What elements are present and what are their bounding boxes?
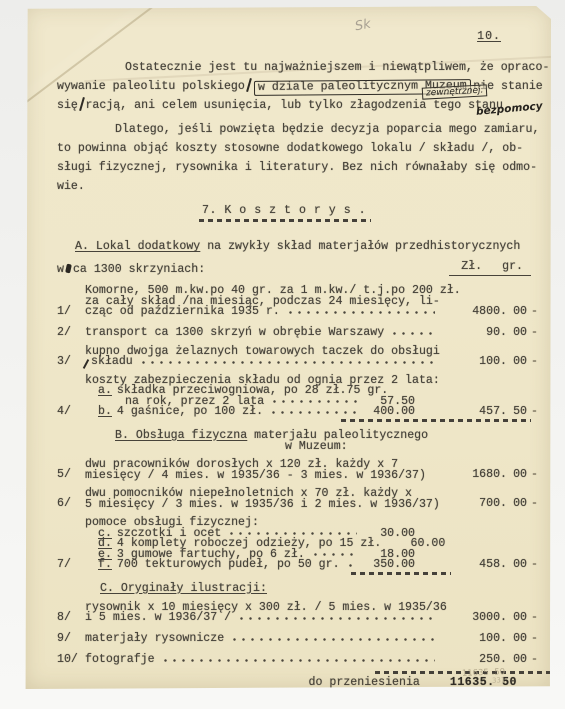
sub-item-text: 700 tekturowych pudeł, po 50 gr. [117,560,340,571]
section-a-label: A. Lokal dodatkowy [75,240,200,253]
amount-zl: 3000. [441,611,507,624]
subtitle-text: w [57,263,64,276]
dot-leader [270,397,357,406]
dot-leader [139,358,435,367]
amount-zl: 4800. [441,305,507,318]
amount-zl: 458. [441,558,507,571]
pen-tick-mark: - [531,497,538,510]
page-number: 10. [477,30,501,43]
cost-item-7: 7/ pomoce obsługi fizycznej: c.szczotki … [57,518,527,571]
column-header-gr: gr. [502,260,523,273]
amount-zl: 250. [441,653,507,666]
section-c-title: C. Oryginały ilustracji: [100,582,527,595]
paragraph-line: Dlatego, jeśli powzięta będzie decyzja p… [115,123,539,136]
dot-leader [161,656,435,665]
amount-gr: 00 [507,355,527,368]
item-text: miesięcy / 4 mies. w 1935/36 - 3 mies. w… [85,471,426,482]
sub-item-label: b. [98,407,112,418]
amount-gr: 00 [507,558,527,571]
paragraph-line: Ostatecznie jest tu najważniejszem i nie… [125,61,549,74]
item-number: 1/ [57,305,85,318]
pen-tick-mark: - [531,653,538,666]
item-number: 2/ [57,326,85,339]
item-text: transport ca 1300 skrzyń w obrębie Warsz… [85,328,384,339]
pen-tick-mark: - [531,558,538,571]
amount-zl: 700. [441,497,507,510]
pen-tick-mark: - [531,305,538,318]
dot-leader [432,471,435,480]
sub-item-amount: 400.00 [363,407,415,418]
pen-slash-icon [246,78,251,92]
dot-leader [346,561,357,570]
item-number: 4/ [57,405,85,418]
item-text: 5 miesięcy / 3 mies. w 1935/36 i 2 mies.… [85,500,440,511]
paragraph-line: racją, ani celem usunięcia, lub tylko zł… [85,99,502,112]
section-a-rest: na zwykły skład materjałów przedhistoryc… [200,240,520,253]
pencil-annotation-total: 11635 .50 331 [461,668,505,686]
cost-item-6: 6/ dwu pomocników niepełnoletnich x 70 z… [57,489,527,510]
section-b-subtitle: w Muzeum: [285,442,527,453]
amount-gr: 00 [507,497,527,510]
pen-tick-mark: - [531,468,538,481]
paragraph-intro: Ostatecznie jest tu najważniejszem i nie… [57,58,527,115]
paragraph-line: wie. [57,180,85,193]
cost-item-10: 10/ fotografje 250.00- [57,653,527,666]
section-b-label: B. Obsługa fizyczna [115,429,247,442]
item-number: 3/ [57,355,85,368]
dot-leader [269,408,357,417]
cost-item-5: 5/ dwu pracowników dorosłych x 120 zł. k… [57,460,527,481]
amount-zl: 457. [441,405,507,418]
item-number: 9/ [57,632,85,645]
item-number: 8/ [57,611,85,624]
paragraph-line: wywanie paleolitu polskiego [57,80,245,93]
sub-item-label: a. [98,386,112,397]
cost-item-1: 1/ Komorne, 500 m.kw.po 40 gr. za 1 m.kw… [57,286,527,318]
amount-gr: 00 [507,305,527,318]
pen-tick-mark: - [531,326,538,339]
item-text: i 5 mies. w 1936/37 / [85,613,231,624]
heading-underline [199,219,371,222]
dot-leader [286,308,435,317]
carry-over-row: do przeniesienia 11635. 50 [57,676,517,689]
item-number: 7/ [57,558,85,571]
column-header-zl: Zł. [461,260,482,273]
item-text: fotografje [85,655,155,666]
sub-item-label: f. [98,560,112,571]
handwritten-annotation-zewnetrznej: zewnętrznej. [421,84,487,99]
amount-gr: 00 [507,611,527,624]
item-number: 5/ [57,468,85,481]
amount-gr: 50 [507,405,527,418]
carry-over-label: do przeniesienia [309,676,420,689]
dot-leader [230,635,435,644]
amount-zl: 100. [441,632,507,645]
section-heading-kosztorys: 7. K o s z t o r y s . [202,204,527,217]
amount-column-headers: Zł. gr. [449,260,531,276]
item-number: 6/ [57,497,85,510]
amount-zl: 100. [441,355,507,368]
paragraph-line: sługi fizycznej, rysownika i literatury.… [57,161,537,174]
pen-tick-mark: - [531,405,538,418]
cost-item-2: 2/ transport ca 1300 skrzyń w obrębie Wa… [57,326,527,339]
item-number: 10/ [57,653,85,666]
cost-item-4: 4/ koszty zabezpieczenia składu od ognia… [57,376,527,418]
paragraph-line: się [57,99,78,112]
dot-leader [237,614,435,623]
amount-gr: 00 [507,326,527,339]
cost-item-8: 8/ rysownik x 10 miesięcy x 300 zł. / 5 … [57,603,527,624]
amount-zl: 90. [441,326,507,339]
subtotal-dashed-line [351,572,451,575]
cost-item-3: 3/ kupno dwojga żelaznych towarowych tac… [57,347,527,368]
ink-blot [65,264,72,274]
item-text: kupno dwojga żelaznych towarowych taczek… [85,347,441,358]
typewritten-content: 10. Ostatecznie jest tu najważniejszem i… [24,6,551,689]
item-text: cząc od października 1935 r. [85,307,280,318]
sub-item-text: 4 gaśnice, po 100 zł. [117,407,263,418]
section-c-label: C. Oryginały ilustracji: [100,582,267,595]
pen-tick-mark: - [531,611,538,624]
paragraph-line: to powinna objąć koszty stosowne dodatko… [57,142,523,155]
dot-leader [390,329,435,338]
pen-slash-icon [79,97,84,111]
amount-gr: 00 [507,468,527,481]
amount-gr: 00 [507,632,527,645]
amount-zl: 1680. [441,468,507,481]
section-a-subtitle-row: wca 1300 skrzyniach: Zł. gr. [57,260,527,276]
section-a-title: A. Lokal dodatkowy na zwykły skład mater… [75,240,527,253]
paragraph-dlatego: Dlatego, jeśli powzięta będzie decyzja p… [57,120,527,196]
cost-item-9: 9/ materjały rysownicze 100.00- [57,632,527,645]
pen-tick-mark: - [531,632,538,645]
amount-gr: 00 [507,653,527,666]
sub-item-amount: 350.00 [363,560,415,571]
subtitle-text: ca 1300 skrzyniach: [73,263,205,276]
item-text: materjały rysownicze [85,634,224,645]
pen-tick-mark: - [531,355,538,368]
subtotal-dashed-line [341,419,531,422]
item-text: składu [91,357,133,368]
document-page: Sk 10. Ostatecznie jest tu najważniejsze… [24,6,551,689]
